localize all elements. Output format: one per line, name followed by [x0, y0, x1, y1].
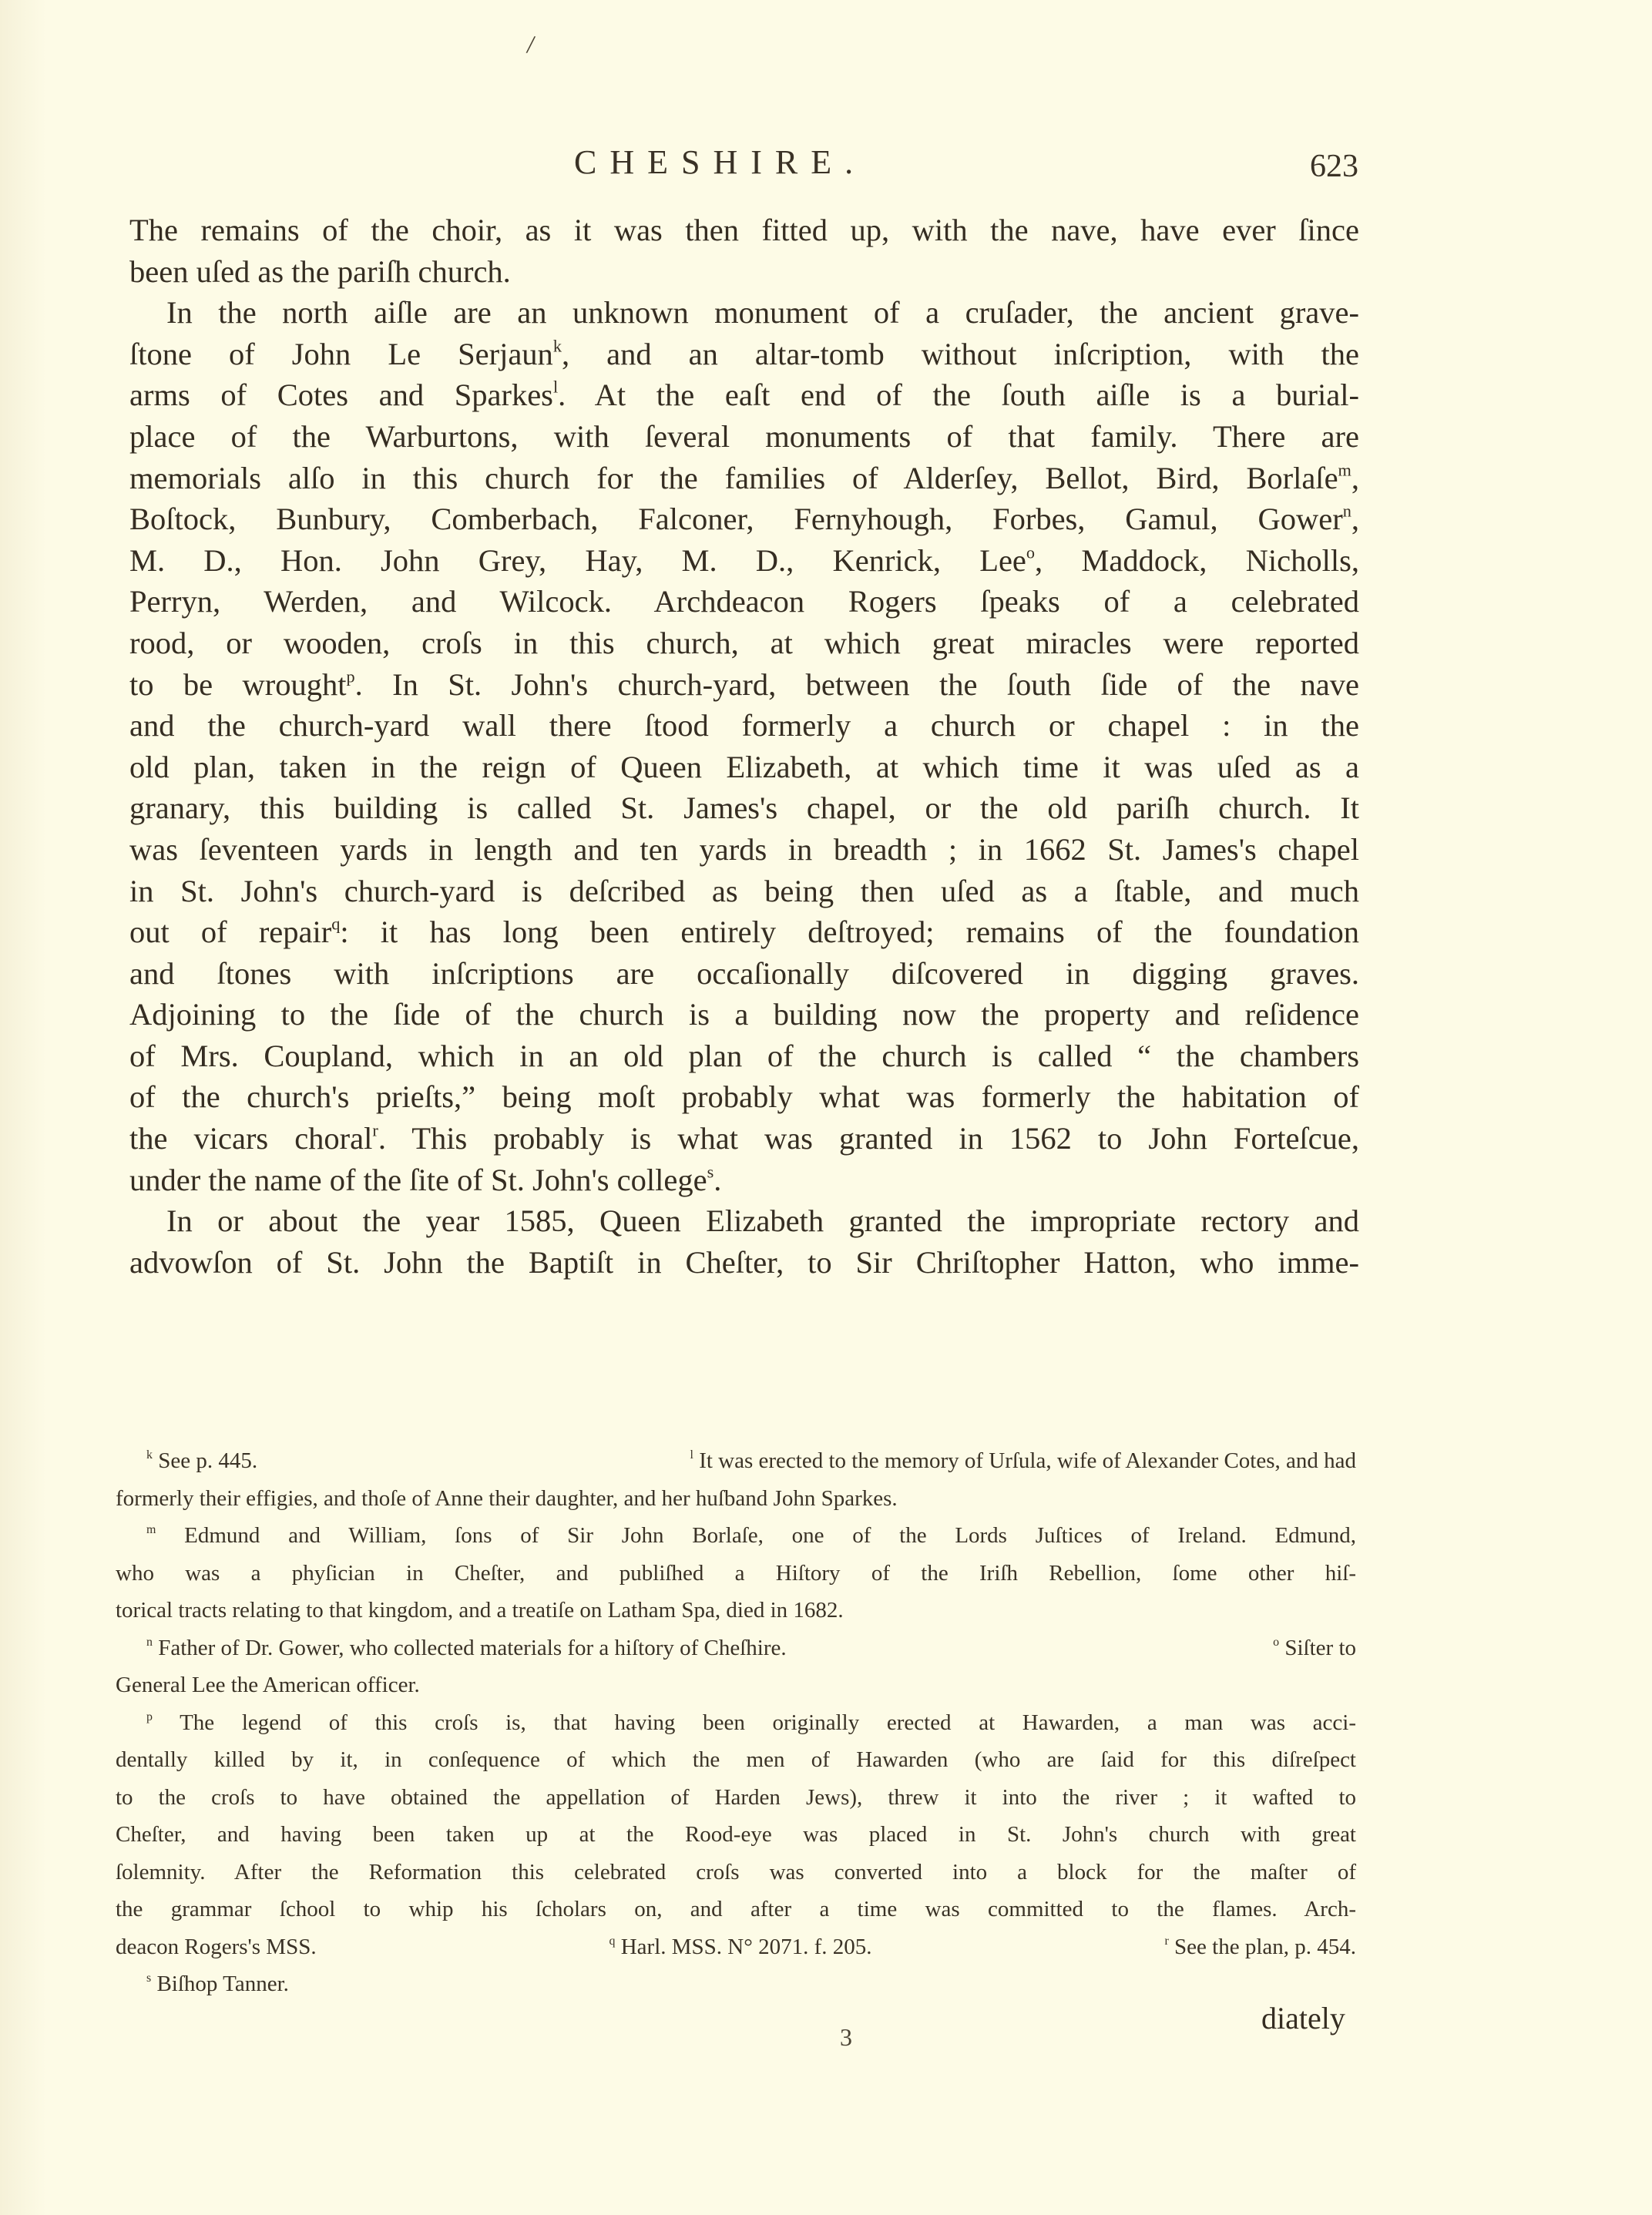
body-line: the vicars choralr. This probably is wha… — [129, 1118, 1359, 1160]
body-line: memorials alſo in this church for the fa… — [129, 458, 1359, 499]
body-line: of the church's prieſts,” being moſt pro… — [129, 1076, 1359, 1118]
running-head: CHESHIRE. — [574, 143, 866, 182]
footnote-ref-p[interactable]: p — [346, 666, 354, 686]
page-number: 623 — [1310, 148, 1358, 185]
footnote-m-cont: torical tracts relating to that kingdom,… — [116, 1592, 1356, 1629]
footnote-r: r See the plan, p. 454. — [1164, 1928, 1356, 1966]
catchword: diately — [1261, 2000, 1345, 2036]
footnote-m-cont: who was a phyſician in Cheſter, and publ… — [116, 1555, 1356, 1592]
body-line: old plan, taken in the reign of Queen El… — [129, 747, 1359, 788]
body-line: In or about the year 1585, Queen Elizabe… — [129, 1200, 1359, 1242]
footnote-ref-s[interactable]: s — [707, 1162, 714, 1181]
body-line: arms of Cotes and Sparkesl. At the eaſt … — [129, 374, 1359, 416]
footnote-p-q-r: deacon Rogers's MSS. q Harl. MSS. N° 207… — [116, 1928, 1356, 1966]
footnote-n-o: n Father of Dr. Gower, who collected mat… — [116, 1629, 1356, 1667]
stray-ink-mark: / — [525, 31, 536, 61]
footnote-p-end: deacon Rogers's MSS. — [116, 1928, 317, 1966]
footnote-o: o Siſter to — [1273, 1629, 1356, 1667]
body-line: Perryn, Werden, and Wilcock. Archdeacon … — [129, 581, 1359, 623]
body-text: The remains of the choir, as it was then… — [129, 210, 1359, 1283]
signature-mark: 3 — [840, 2023, 852, 2052]
body-line: Adjoining to the ſide of the church is a… — [129, 994, 1359, 1035]
body-line: and the church-yard wall there ſtood for… — [129, 705, 1359, 747]
body-line: ſtone of John Le Serjaunk, and an altar-… — [129, 334, 1359, 375]
footnote-o-cont: General Lee the American officer. — [116, 1666, 1356, 1704]
footnote-p-cont: ſolemnity. After the Reformation this ce… — [116, 1854, 1356, 1891]
footnote-ref-q[interactable]: q — [331, 914, 340, 933]
body-line: out of repairq: it has long been entirel… — [129, 911, 1359, 953]
footnote-p-cont: Cheſter, and having been taken up at the… — [116, 1816, 1356, 1854]
body-line: was ſeventeen yards in length and ten ya… — [129, 829, 1359, 871]
footnote-ref-o[interactable]: o — [1026, 542, 1035, 562]
body-line: to be wroughtp. In St. John's church-yar… — [129, 664, 1359, 706]
footnote-p-cont: the grammar ſchool to whip his ſcholars … — [116, 1891, 1356, 1928]
body-line: rood, or wooden, croſs in this church, a… — [129, 623, 1359, 664]
footnote-n: n Father of Dr. Gower, who collected mat… — [146, 1629, 787, 1667]
book-page: / CHESHIRE. 623 The remains of the choir… — [0, 0, 1652, 2215]
body-line: and ſtones with inſcriptions are occaſio… — [129, 953, 1359, 995]
body-line: in St. John's church-yard is deſcribed a… — [129, 871, 1359, 912]
footnote-q: q Harl. MSS. N° 2071. f. 205. — [609, 1928, 872, 1966]
body-line: granary, this building is called St. Jam… — [129, 787, 1359, 829]
body-line: under the name of the ſite of St. John's… — [129, 1160, 1359, 1201]
footnote-s: s Biſhop Tanner. — [116, 1965, 1356, 2003]
body-line: In the north aiſle are an unknown monume… — [129, 292, 1359, 334]
footnote-p: p The legend of this croſs is, that havi… — [116, 1704, 1356, 1742]
body-line: Boſtock, Bunbury, Comberbach, Falconer, … — [129, 498, 1359, 540]
footnote-k-l: k See p. 445. l It was erected to the me… — [116, 1442, 1356, 1480]
body-line: The remains of the choir, as it was then… — [129, 210, 1359, 251]
body-line: M. D., Hon. John Grey, Hay, M. D., Kenri… — [129, 540, 1359, 582]
footnote-ref-k[interactable]: k — [553, 336, 562, 355]
footnote-ref-r[interactable]: r — [372, 1120, 378, 1139]
body-line: of Mrs. Coupland, which in an old plan o… — [129, 1035, 1359, 1077]
body-line: place of the Warburtons, with ſeveral mo… — [129, 416, 1359, 458]
footnote-k: k See p. 445. — [146, 1442, 257, 1480]
footnote-ref-n[interactable]: n — [1343, 501, 1351, 520]
body-line: advowſon of St. John the Baptiſt in Cheſ… — [129, 1242, 1359, 1284]
footnote-m: m Edmund and William, ſons of Sir John B… — [116, 1517, 1356, 1555]
footnote-p-cont: dentally killed by it, in conſequence of… — [116, 1741, 1356, 1779]
body-line: been uſed as the pariſh church. — [129, 251, 1359, 293]
footnotes: k See p. 445. l It was erected to the me… — [116, 1442, 1356, 2003]
footnote-ref-m[interactable]: m — [1338, 460, 1351, 479]
footnote-l-cont: formerly their effigies, and thoſe of An… — [116, 1480, 1356, 1518]
footnote-l: l It was erected to the memory of Urſula… — [690, 1442, 1356, 1480]
footnote-p-cont: to the croſs to have obtained the appell… — [116, 1779, 1356, 1817]
